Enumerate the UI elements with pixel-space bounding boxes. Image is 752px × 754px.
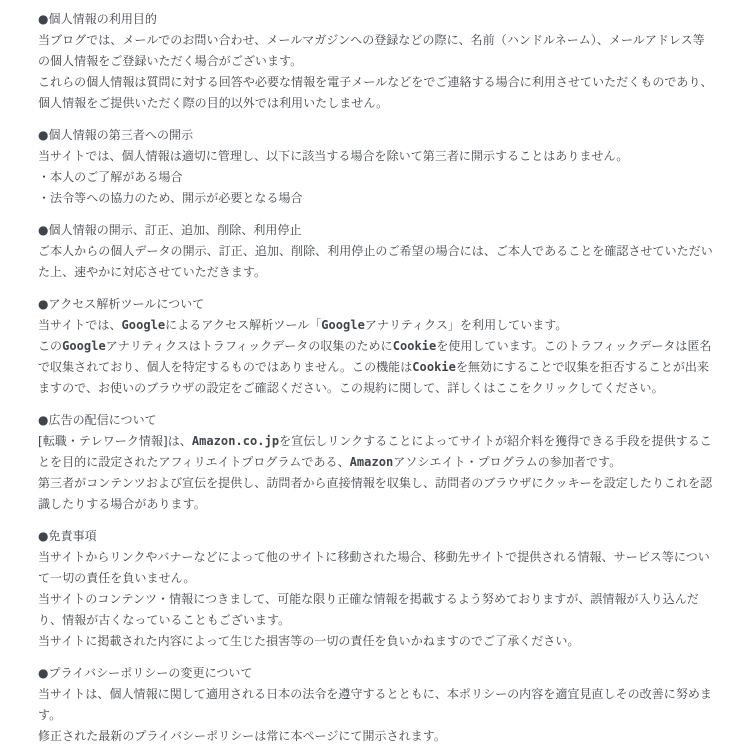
google-text: Google [321, 318, 365, 332]
text-segment: 当サイトに掲載された内容によって生じた損害等の一切の責任を負いかねますのでご了承… [38, 634, 579, 648]
section-advertising: ●広告の配信について [転職・テレワーク情報]は、Amazon.co.jpを宣伝… [38, 410, 715, 515]
paragraph: 当サイトからリンクやバナーなどによって他のサイトに移動された場合、移動先サイトで… [38, 547, 715, 589]
text-segment: ご本人からの個人データの開示、訂正、追加、削除、利用停止のご希望の場合には、ご本… [38, 244, 713, 279]
section-correction-deletion: ●個人情報の開示、訂正、追加、削除、利用停止 ご本人からの個人データの開示、訂正… [38, 220, 715, 283]
paragraph: 当サイトは、個人情報に関して適用される日本の法令を遵守するとともに、本ポリシーの… [38, 684, 715, 726]
text-segment: によるアクセス解析ツール「 [165, 318, 321, 332]
text-segment: ・本人のご了解がある場合 [38, 170, 183, 184]
privacy-policy-document: ●個人情報の利用目的 当ブログでは、メールでのお問い合わせ、メールマガジンへの登… [0, 0, 752, 747]
section-heading: ●個人情報の第三者への開示 [38, 125, 715, 146]
paragraph: 当ブログでは、メールでのお問い合わせ、メールマガジンへの登録などの際に、名前（ハ… [38, 30, 715, 72]
text-segment: 当サイトのコンテンツ・情報につきまして、可能な限り正確な情報を掲載するよう努めて… [38, 592, 699, 627]
cookie-text: Cookie [393, 339, 437, 353]
text-segment: 当サイトでは、 [38, 318, 122, 332]
text-segment: この [38, 339, 62, 353]
paragraph: 当サイトでは、個人情報は適切に管理し、以下に該当する場合を除いて第三者に開示する… [38, 146, 715, 167]
amazon-text: Amazon [350, 455, 394, 469]
text-segment: 第三者がコンテンツおよび宣伝を提供し、訪問者から直接情報を収集し、訪問者のブラウ… [38, 476, 712, 511]
section-heading: ●アクセス解析ツールについて [38, 294, 715, 315]
section-analytics-tool: ●アクセス解析ツールについて 当サイトでは、Googleによるアクセス解析ツール… [38, 294, 715, 399]
text-segment: 修正された最新のプライバシーポリシーは常に本ページにて開示されます。 [38, 729, 446, 743]
paragraph: [転職・テレワーク情報]は、Amazon.co.jpを宣伝しリンクすることによっ… [38, 431, 715, 473]
google-text: Google [62, 339, 106, 353]
paragraph: 修正された最新のプライバシーポリシーは常に本ページにて開示されます。 [38, 726, 715, 747]
text-segment: アソシエイト・プログラムの参加者です。 [393, 455, 621, 469]
amazon-co-jp-text: Amazon.co.jp [192, 434, 279, 448]
text-segment: 当サイトは、個人情報に関して適用される日本の法令を遵守するとともに、本ポリシーの… [38, 687, 712, 722]
paragraph: これらの個人情報は質問に対する回答や必要な情報を電子メールなどをでご連絡する場合… [38, 72, 715, 114]
section-heading: ●免責事項 [38, 526, 715, 547]
text-segment: アナリティクス」を利用しています。 [365, 318, 568, 332]
section-third-party-disclosure: ●個人情報の第三者への開示 当サイトでは、個人情報は適切に管理し、以下に該当する… [38, 125, 715, 209]
section-disclaimer: ●免責事項 当サイトからリンクやバナーなどによって他のサイトに移動された場合、移… [38, 526, 715, 652]
section-policy-changes: ●プライバシーポリシーの変更について 当サイトは、個人情報に関して適用される日本… [38, 663, 715, 747]
section-heading: ●個人情報の開示、訂正、追加、削除、利用停止 [38, 220, 715, 241]
paragraph: 当サイトでは、Googleによるアクセス解析ツール「Googleアナリティクス」… [38, 315, 715, 336]
text-segment: 当サイトからリンクやバナーなどによって他のサイトに移動された場合、移動先サイトで… [38, 550, 710, 585]
list-item: ・本人のご了解がある場合 [38, 167, 715, 188]
text-segment: 当サイトでは、個人情報は適切に管理し、以下に該当する場合を除いて第三者に開示する… [38, 149, 628, 163]
text-segment: これらの個人情報は質問に対する回答や必要な情報を電子メールなどをでご連絡する場合… [38, 75, 713, 110]
section-heading: ●プライバシーポリシーの変更について [38, 663, 715, 684]
paragraph: 当サイトのコンテンツ・情報につきまして、可能な限り正確な情報を掲載するよう努めて… [38, 589, 715, 631]
section-personal-info-usage: ●個人情報の利用目的 当ブログでは、メールでのお問い合わせ、メールマガジンへの登… [38, 9, 715, 114]
text-segment: ・法令等への協力のため、開示が必要となる場合 [38, 191, 303, 205]
paragraph: 第三者がコンテンツおよび宣伝を提供し、訪問者から直接情報を収集し、訪問者のブラウ… [38, 473, 715, 515]
text-segment: [転職・テレワーク情報]は、 [38, 434, 192, 448]
text-segment: 当ブログでは、メールでのお問い合わせ、メールマガジンへの登録などの際に、名前（ハ… [38, 33, 705, 68]
section-heading: ●個人情報の利用目的 [38, 9, 715, 30]
paragraph: ご本人からの個人データの開示、訂正、追加、削除、利用停止のご希望の場合には、ご本… [38, 241, 715, 283]
text-segment: アナリティクスはトラフィックデータの収集のために [106, 339, 393, 353]
google-text: Google [122, 318, 166, 332]
paragraph: 当サイトに掲載された内容によって生じた損害等の一切の責任を負いかねますのでご了承… [38, 631, 715, 652]
section-heading: ●広告の配信について [38, 410, 715, 431]
list-item: ・法令等への協力のため、開示が必要となる場合 [38, 188, 715, 209]
paragraph: このGoogleアナリティクスはトラフィックデータの収集のためにCookieを使… [38, 336, 715, 399]
cookie-text: Cookie [412, 360, 456, 374]
